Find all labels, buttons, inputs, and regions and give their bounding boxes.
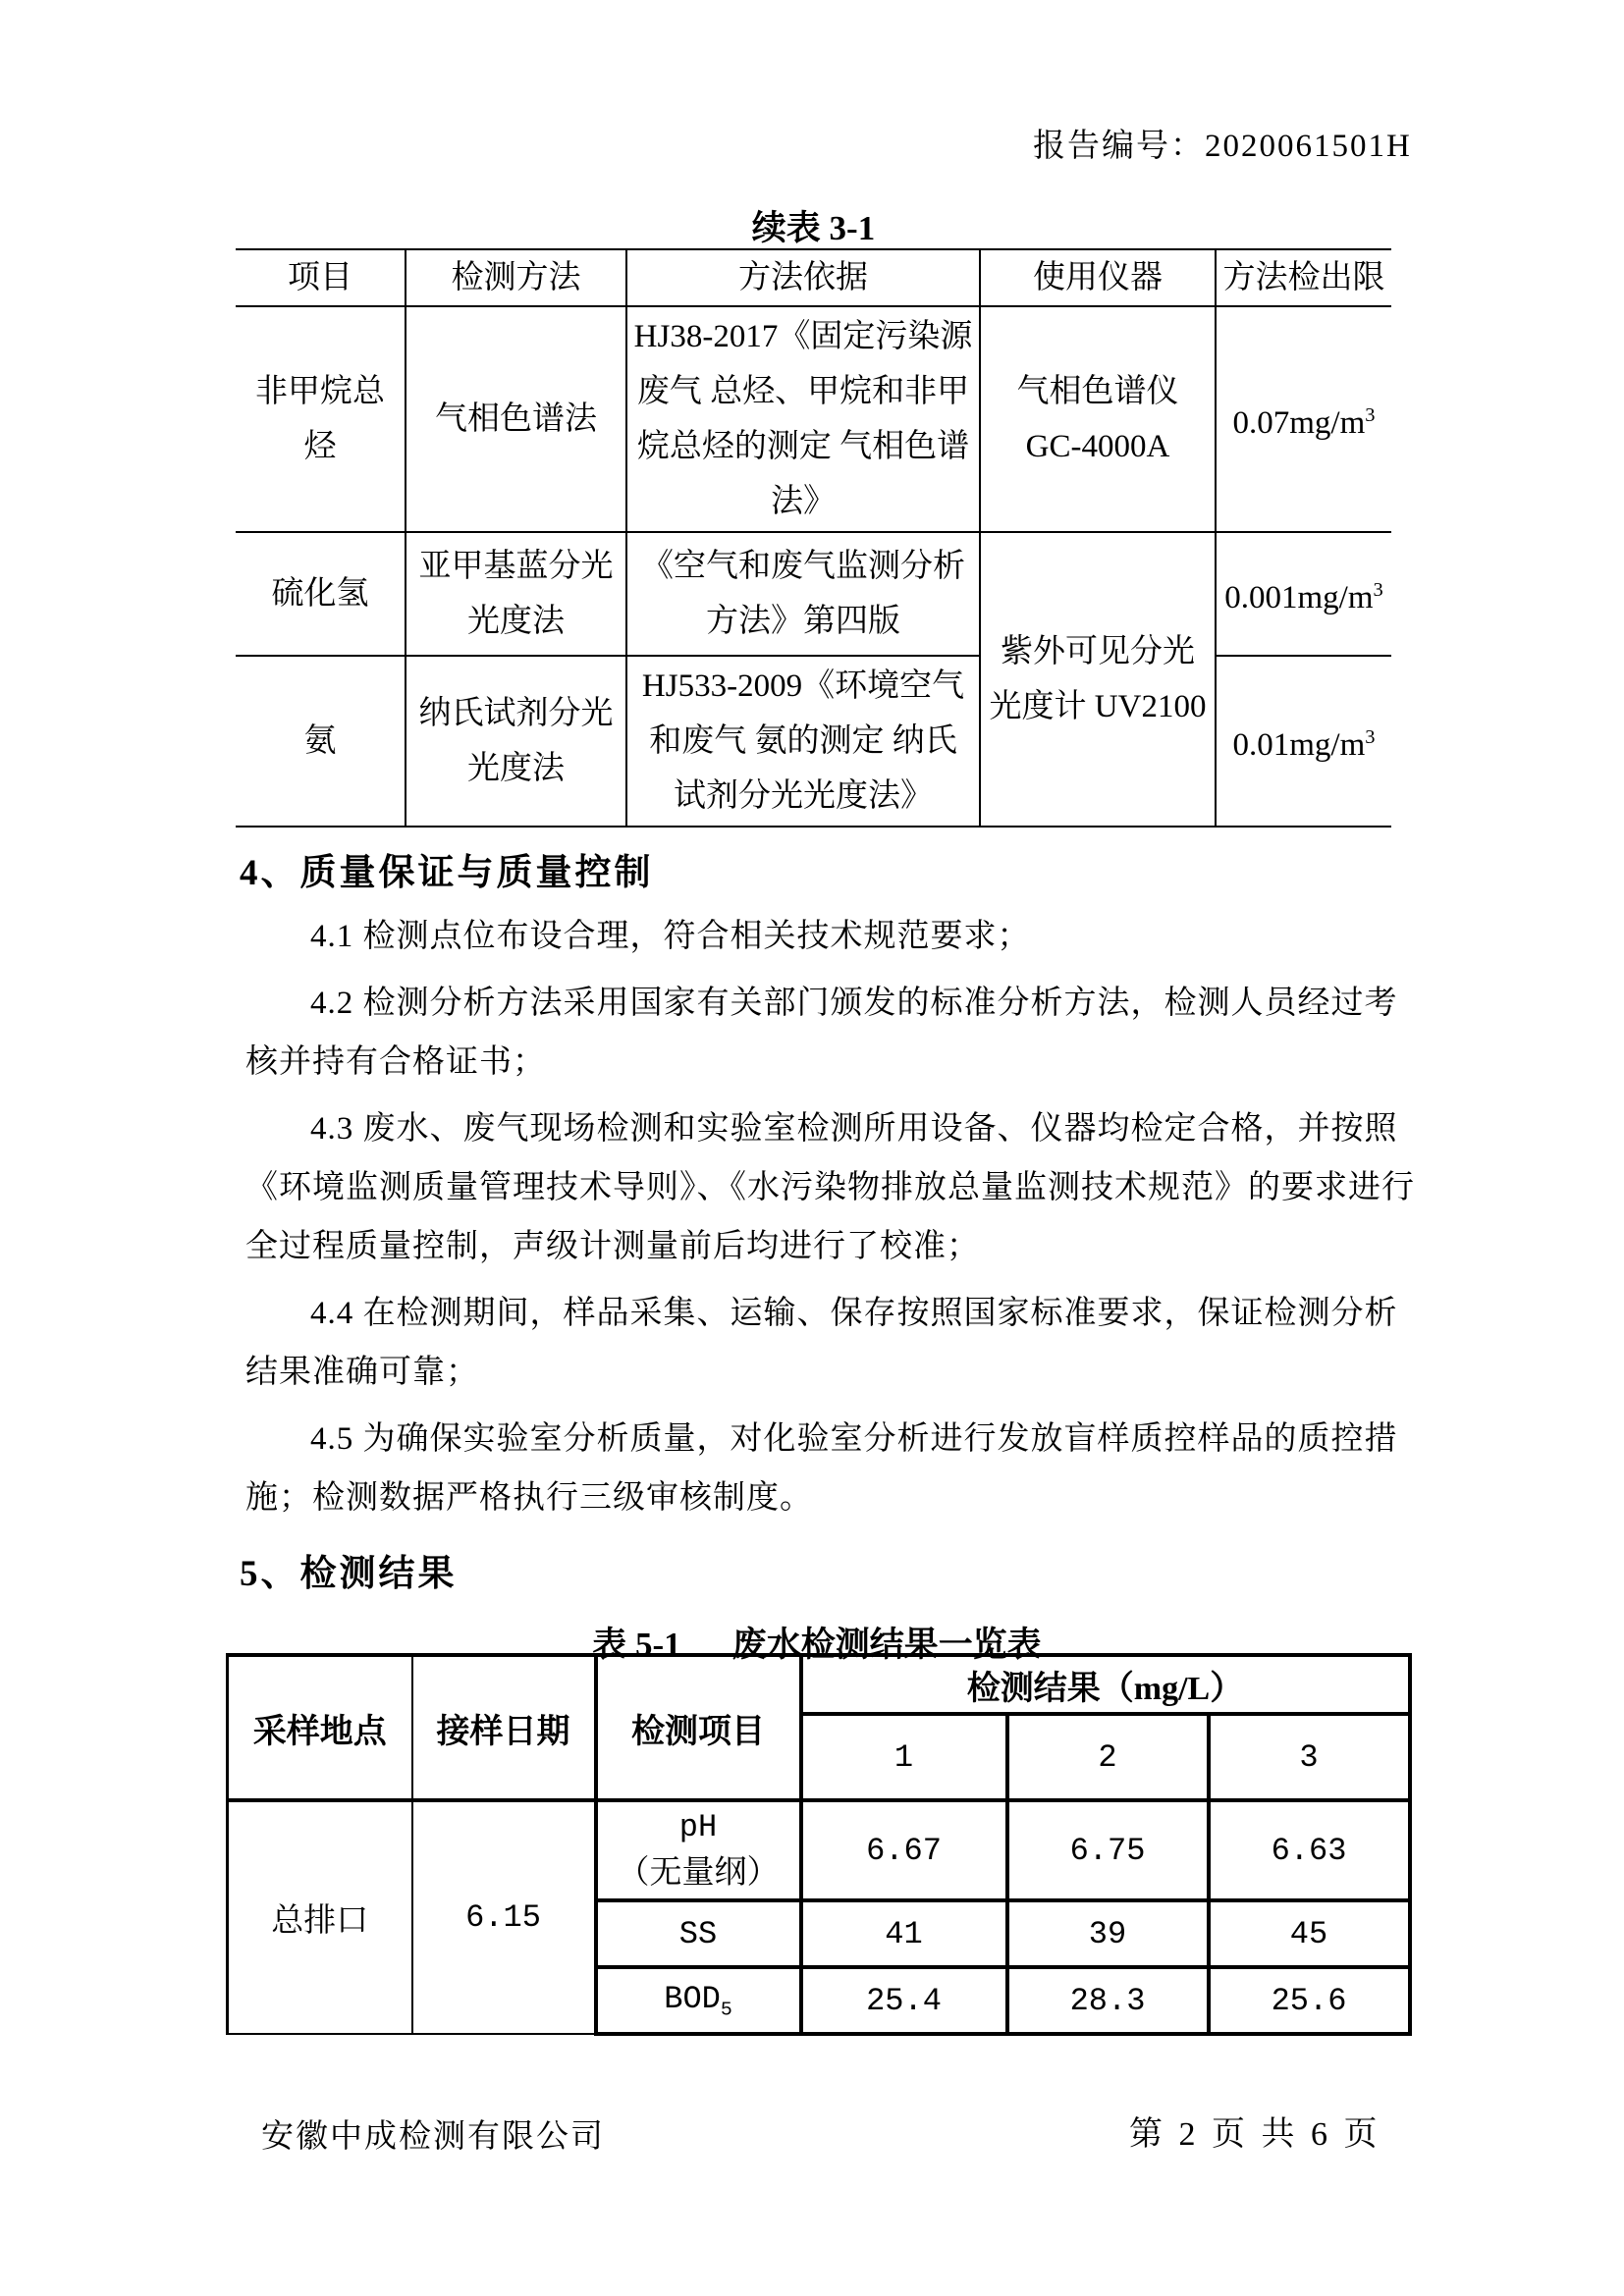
t51-cell-item-bod5: BOD5: [596, 1967, 801, 2034]
t31-cell-method: 纳氏试剂分光光度法: [406, 656, 626, 827]
limit-superscript: 3: [1365, 404, 1375, 426]
t31-cell-basis: 《空气和废气监测分析方法》第四版: [626, 532, 980, 656]
t31-cell-item: 硫化氢: [236, 532, 406, 656]
t31-cell-item: 非甲烷总烃: [236, 306, 406, 532]
item-subscript: 5: [721, 1998, 732, 2020]
t31-row-h2s: 硫化氢 亚甲基蓝分光光度法 《空气和废气监测分析方法》第四版 紫外可见分光光度计…: [236, 532, 1391, 656]
t31-cell-basis: HJ533-2009《环境空气和废气 氨的测定 纳氏试剂分光光度法》: [626, 656, 980, 827]
t31-col-header-instrument: 使用仪器: [980, 249, 1216, 306]
paragraph-line: 4.4 在检测期间，样品采集、运输、保存按照国家标准要求，保证检测分析: [245, 1284, 1416, 1343]
paragraph-4-3: 4.3 废水、废气现场检测和实验室检测所用设备、仪器均检定合格，并按照 《环境监…: [245, 1099, 1416, 1276]
report-page: 报告编号：2020061501H 续表 3-1 项目 检测方法 方法依据 使用仪…: [0, 0, 1624, 2296]
t31-col-header-limit: 方法检出限: [1216, 249, 1391, 306]
limit-value: 0.07mg/m: [1233, 405, 1366, 441]
t51-sample-no-3: 3: [1209, 1714, 1410, 1800]
t51-header-row-group: 采样地点 接样日期 检测项目 检测结果（mg/L）: [228, 1655, 1410, 1714]
item-note: （无量纲）: [602, 1850, 795, 1896]
t31-cell-method: 气相色谱法: [406, 306, 626, 532]
item-name: BOD: [664, 1981, 721, 2017]
t51-value: 6.67: [801, 1800, 1007, 1900]
section5-heading: 5、检测结果: [240, 1543, 458, 1596]
table-3-1: 项目 检测方法 方法依据 使用仪器 方法检出限 非甲烷总烃 气相色谱法 HJ38…: [236, 248, 1391, 828]
t51-col-header-item: 检测项目: [596, 1655, 801, 1800]
paragraph-line: 4.3 废水、废气现场检测和实验室检测所用设备、仪器均检定合格，并按照: [245, 1099, 1416, 1158]
t51-col-header-result-group: 检测结果（mg/L）: [801, 1655, 1410, 1714]
t51-value: 45: [1209, 1900, 1410, 1967]
t31-cell-method: 亚甲基蓝分光光度法: [406, 532, 626, 656]
paragraph-4-2: 4.2 检测分析方法采用国家有关部门颁发的标准分析方法，检测人员经过考 核并持有…: [245, 974, 1416, 1092]
t51-value: 6.63: [1209, 1800, 1410, 1900]
t51-value: 41: [801, 1900, 1007, 1967]
t51-sample-no-1: 1: [801, 1714, 1007, 1800]
t31-cell-instrument-merged: 紫外可见分光光度计 UV2100: [980, 532, 1216, 827]
t31-header-row: 项目 检测方法 方法依据 使用仪器 方法检出限: [236, 249, 1391, 306]
t51-col-header-date: 接样日期: [412, 1655, 596, 1800]
footer-company: 安徽中成检测有限公司: [261, 2110, 605, 2157]
t51-value: 28.3: [1007, 1967, 1209, 2034]
t51-cell-item-ss: SS: [596, 1900, 801, 1967]
paragraph-line: 全过程质量控制，声级计测量前后均进行了校准；: [245, 1217, 1416, 1276]
paragraph-line: 结果准确可靠；: [245, 1343, 1416, 1402]
t31-col-header-basis: 方法依据: [626, 249, 980, 306]
section4-heading: 4、质量保证与质量控制: [240, 842, 654, 895]
paragraph-4-1: 4.1 检测点位布设合理，符合相关技术规范要求；: [245, 907, 1416, 966]
limit-value: 0.01mg/m: [1233, 727, 1366, 763]
paragraph-4-4: 4.4 在检测期间，样品采集、运输、保存按照国家标准要求，保证检测分析 结果准确…: [245, 1284, 1416, 1402]
paragraph-line: 施；检测数据严格执行三级审核制度。: [245, 1468, 1416, 1527]
limit-superscript: 3: [1365, 726, 1375, 748]
report-number: 报告编号：2020061501H: [1033, 120, 1412, 166]
t51-value: 25.6: [1209, 1967, 1410, 2034]
paragraph-4-5: 4.5 为确保实验室分析质量，对化验室分析进行发放盲样质控样品的质控措 施；检测…: [245, 1410, 1416, 1527]
paragraph-line: 4.2 检测分析方法采用国家有关部门颁发的标准分析方法，检测人员经过考: [245, 974, 1416, 1033]
t31-row-nh3: 氨 纳氏试剂分光光度法 HJ533-2009《环境空气和废气 氨的测定 纳氏试剂…: [236, 656, 1391, 827]
t51-value: 39: [1007, 1900, 1209, 1967]
t31-cell-item: 氨: [236, 656, 406, 827]
t51-sample-no-2: 2: [1007, 1714, 1209, 1800]
table31-title: 续表 3-1: [236, 201, 1391, 250]
t31-cell-limit: 0.001mg/m3: [1216, 532, 1391, 656]
t31-col-header-item: 项目: [236, 249, 406, 306]
paragraph-line: 《环境监测质量管理技术导则》、《水污染物排放总量监测技术规范》的要求进行: [245, 1158, 1416, 1217]
footer-page-info: 第 2 页 共 6 页: [1129, 2107, 1381, 2155]
t51-cell-date: 6.15: [412, 1800, 596, 2034]
t31-cell-limit: 0.01mg/m3: [1216, 656, 1391, 827]
t51-value: 6.75: [1007, 1800, 1209, 1900]
limit-value: 0.001mg/m: [1224, 580, 1373, 615]
t51-col-header-location: 采样地点: [228, 1655, 412, 1800]
t51-value: 25.4: [801, 1967, 1007, 2034]
limit-superscript: 3: [1374, 579, 1383, 601]
paragraph-line: 4.1 检测点位布设合理，符合相关技术规范要求；: [245, 907, 1416, 966]
t51-cell-item-ph: pH （无量纲）: [596, 1800, 801, 1900]
table-5-1: 采样地点 接样日期 检测项目 检测结果（mg/L） 1 2 3 总排口 6.15…: [226, 1653, 1412, 2036]
t31-cell-limit: 0.07mg/m3: [1216, 306, 1391, 532]
paragraph-line: 核并持有合格证书；: [245, 1033, 1416, 1092]
t31-cell-instrument: 气相色谱仪 GC-4000A: [980, 306, 1216, 532]
paragraph-line: 4.5 为确保实验室分析质量，对化验室分析进行发放盲样质控样品的质控措: [245, 1410, 1416, 1468]
t51-row-ph: 总排口 6.15 pH （无量纲） 6.67 6.75 6.63: [228, 1800, 1410, 1900]
t51-cell-location: 总排口: [228, 1800, 412, 2034]
item-name: pH: [602, 1805, 795, 1850]
t31-col-header-method: 检测方法: [406, 249, 626, 306]
t31-cell-basis: HJ38-2017《固定污染源废气 总烃、甲烷和非甲烷总烃的测定 气相色谱法》: [626, 306, 980, 532]
section4-paragraphs: 4.1 检测点位布设合理，符合相关技术规范要求； 4.2 检测分析方法采用国家有…: [245, 907, 1416, 1535]
t31-row-nmhc: 非甲烷总烃 气相色谱法 HJ38-2017《固定污染源废气 总烃、甲烷和非甲烷总…: [236, 306, 1391, 532]
